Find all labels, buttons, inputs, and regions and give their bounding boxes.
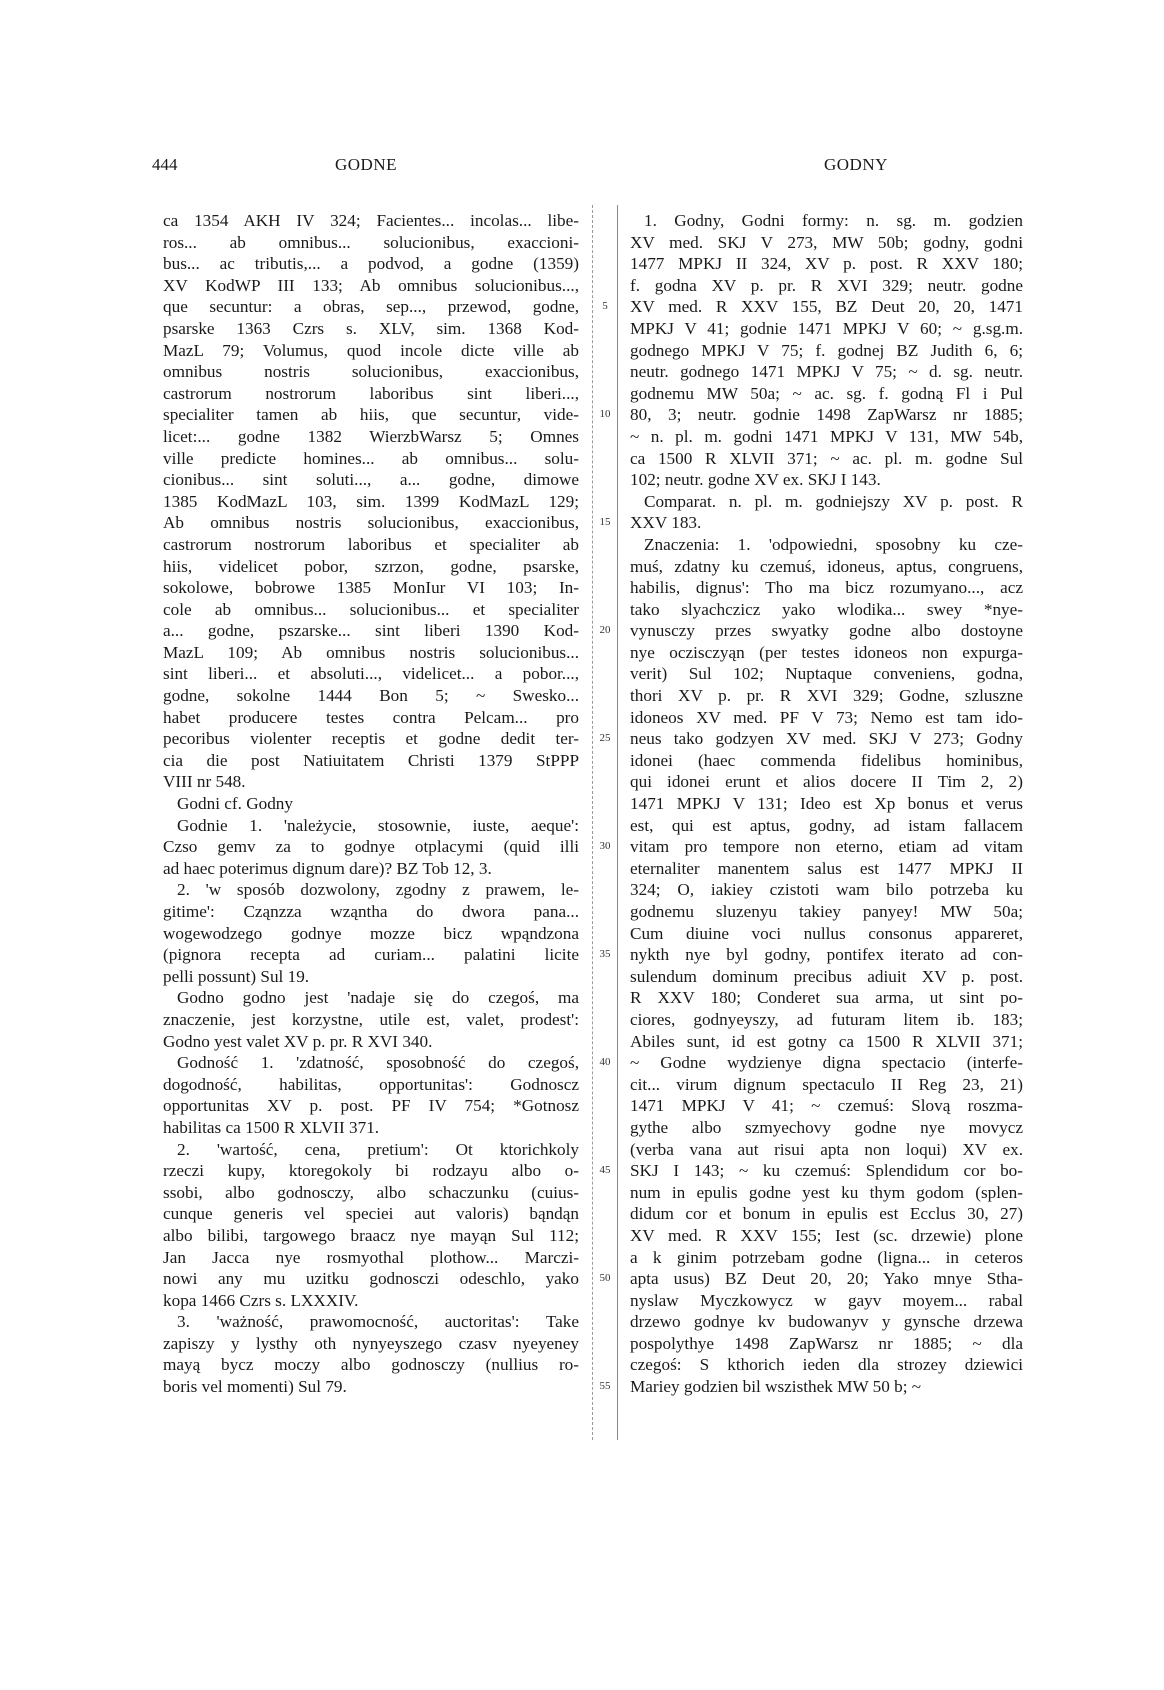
text-line: SKJ I 143; ~ ku czemuś: Splendidum cor b…: [630, 1160, 1023, 1182]
line-number: [596, 340, 614, 362]
text-line: Godność 1. 'zdatność, sposobność do czeg…: [163, 1052, 579, 1074]
text-line: godnemu sluzenyu takiey panyey! MW 50a;: [630, 901, 1023, 923]
line-number: [596, 1182, 614, 1204]
text-line: 324; O, iakiey czistoti wam bilo potrzeb…: [630, 879, 1023, 901]
line-number: [596, 275, 614, 297]
text-line: cionibus... sint soluti..., a... godne, …: [163, 469, 579, 491]
text-line: 1385 KodMazL 103, sim. 1399 KodMazL 129;: [163, 491, 579, 513]
text-line: ad haec poterimus dignum dare)? BZ Tob 1…: [163, 858, 579, 880]
text-line: Mariey godzien bil wszisthek MW 50 b; ~: [630, 1376, 1023, 1398]
text-line: tako slyachczicz yako wlodika... swey *n…: [630, 599, 1023, 621]
text-line: num in epulis godne yest ku thym godom (…: [630, 1182, 1023, 1204]
line-number: [596, 815, 614, 837]
text-line: ros... ab omnibus... solucionibus, exacc…: [163, 232, 579, 254]
line-number: [596, 1311, 614, 1333]
text-line: didum cor et bonum in epulis est Ecclus …: [630, 1203, 1023, 1225]
line-number: [596, 858, 614, 880]
text-line: ca 1500 R XLVII 371; ~ ac. pl. m. godne …: [630, 448, 1023, 470]
text-line: specialiter tamen ab hiis, que secuntur,…: [163, 404, 579, 426]
running-head-right: GODNY: [824, 155, 888, 175]
text-line: 1. Godny, Godni formy: n. sg. m. godzien: [630, 210, 1023, 232]
text-line: MPKJ V 41; godnie 1471 MPKJ V 60; ~ g.sg…: [630, 318, 1023, 340]
column-divider-left: [592, 205, 594, 1440]
text-line: ca 1354 AKH IV 324; Facientes... incolas…: [163, 210, 579, 232]
text-line: cole ab omnibus... solucionibus... et sp…: [163, 599, 579, 621]
line-number: [596, 1031, 614, 1053]
text-line: 102; neutr. godne XV ex. SKJ I 143.: [630, 469, 1023, 491]
text-line: Jan Jacca nye rosmyothal plothow... Marc…: [163, 1247, 579, 1269]
text-line: (pignora recepta ad curiam... palatini l…: [163, 944, 579, 966]
text-line: 2. 'wartość, cena, pretium': Ot ktorichk…: [163, 1139, 579, 1161]
text-line: pospolythye 1498 ZapWarsz nr 1885; ~ dla: [630, 1333, 1023, 1355]
text-line: habilis, dignus': Tho ma bicz rozumyano.…: [630, 577, 1023, 599]
line-number: [596, 923, 614, 945]
text-line: R XXV 180; Conderet sua arma, ut sint po…: [630, 987, 1023, 1009]
text-line: (verba vana aut risui apta non loqui) XV…: [630, 1139, 1023, 1161]
line-number: [596, 1333, 614, 1355]
text-line: apta usus) BZ Deut 20, 20; Yako mnye Sth…: [630, 1268, 1023, 1290]
line-number: [596, 577, 614, 599]
text-line: Ab omnibus nostris solucionibus, exaccio…: [163, 512, 579, 534]
text-line: 1471 MPKJ V 41; ~ czemuś: Slovą roszma-: [630, 1095, 1023, 1117]
text-line: hiis, videlicet pobor, szrzon, godne, ps…: [163, 556, 579, 578]
text-line: ciores, godnyeyszy, ad futuram litem ib.…: [630, 1009, 1023, 1031]
line-number: [596, 534, 614, 556]
line-number: [596, 556, 614, 578]
text-line: drzewo godnye kv budowanyv y gynsche drz…: [630, 1311, 1023, 1333]
line-number: [596, 1203, 614, 1225]
line-number: [596, 361, 614, 383]
text-line: albo bilibi, targowego braacz nye mayąn …: [163, 1225, 579, 1247]
text-line: rzeczi kupy, ktoregokoly bi rodzayu albo…: [163, 1160, 579, 1182]
line-number: 5: [596, 296, 614, 318]
text-line: idoneos XV med. PF V 73; Nemo est tam id…: [630, 707, 1023, 729]
line-number: [596, 1074, 614, 1096]
text-line: a k ginim potrzebam godne (ligna... in c…: [630, 1247, 1023, 1269]
text-line: a... godne, pszarske... sint liberi 1390…: [163, 620, 579, 642]
text-line: kopa 1466 Czrs s. LXXXIV.: [163, 1290, 579, 1312]
text-line: nyslaw Myczkowycz w gayv moyem... rabal: [630, 1290, 1023, 1312]
line-number: [596, 901, 614, 923]
text-line: Znaczenia: 1. 'odpowiedni, sposobny ku c…: [630, 534, 1023, 556]
line-number: [596, 318, 614, 340]
text-line: psarske 1363 Czrs s. XLV, sim. 1368 Kod-: [163, 318, 579, 340]
line-number: [596, 1354, 614, 1376]
line-number: [596, 750, 614, 772]
text-line: habet producere testes contra Pelcam... …: [163, 707, 579, 729]
text-line: muś, zdatny ku czemuś, idoneus, aptus, c…: [630, 556, 1023, 578]
line-number: [596, 491, 614, 513]
text-line: sokolowe, bobrowe 1385 MonIur VI 103; In…: [163, 577, 579, 599]
line-number: 35: [596, 944, 614, 966]
right-column-text: 1. Godny, Godni formy: n. sg. m. godzien…: [630, 210, 1023, 1398]
text-line: 1471 MPKJ V 131; Ideo est Xp bonus et ve…: [630, 793, 1023, 815]
text-line: que secuntur: a obras, sep..., przewod, …: [163, 296, 579, 318]
text-line: castrorum nostrorum laboribus sint liber…: [163, 383, 579, 405]
text-line: ville predicte homines... ab omnibus... …: [163, 448, 579, 470]
text-line: Godnie 1. 'należycie, stosownie, iuste, …: [163, 815, 579, 837]
line-number: [596, 663, 614, 685]
text-line: 3. 'ważność, prawomocność, auctoritas': …: [163, 1311, 579, 1333]
text-line: Godni cf. Godny: [163, 793, 579, 815]
column-divider-right: [617, 205, 619, 1440]
line-number: 15: [596, 512, 614, 534]
text-line: VIII nr 548.: [163, 771, 579, 793]
line-number: [596, 1009, 614, 1031]
text-line: nykth nye byl godny, pontifex iterato ad…: [630, 944, 1023, 966]
line-number: [596, 448, 614, 470]
text-line: qui idonei erunt et alios docere II Tim …: [630, 771, 1023, 793]
line-number: [596, 771, 614, 793]
line-number: [596, 987, 614, 1009]
text-line: cia die post Natiuitatem Christi 1379 St…: [163, 750, 579, 772]
text-line: ~ n. pl. m. godni 1471 MPKJ V 131, MW 54…: [630, 426, 1023, 448]
text-line: f. godna XV p. pr. R XVI 329; neutr. god…: [630, 275, 1023, 297]
text-line: XV KodWP III 133; Ab omnibus solucionibu…: [163, 275, 579, 297]
text-line: neus tako godzyen XV med. SKJ V 273; God…: [630, 728, 1023, 750]
line-number: 10: [596, 404, 614, 426]
text-line: wogewodzego godnye mozze bicz wpąndzona: [163, 923, 579, 945]
line-number: [596, 642, 614, 664]
text-line: dogodność, habilitas, opportunitas': God…: [163, 1074, 579, 1096]
line-number: [596, 1225, 614, 1247]
text-line: habilitas ca 1500 R XLVII 371.: [163, 1117, 579, 1139]
text-line: vitam pro tempore non eterno, etiam ad v…: [630, 836, 1023, 858]
line-number: 30: [596, 836, 614, 858]
text-line: godnego MPKJ V 75; f. godnej BZ Judith 6…: [630, 340, 1023, 362]
text-line: XV med. R XXV 155, BZ Deut 20, 20, 1471: [630, 296, 1023, 318]
line-number: 20: [596, 620, 614, 642]
text-line: nye oczisczyąn (per testes idoneos non e…: [630, 642, 1023, 664]
text-line: znaczenie, jest korzystne, utile est, va…: [163, 1009, 579, 1031]
line-number: 25: [596, 728, 614, 750]
text-line: bus... ac tributis,... a podvod, a godne…: [163, 253, 579, 275]
text-line: Cum diuine voci nullus consonus apparere…: [630, 923, 1023, 945]
line-number-gutter: 510152025303540455055: [596, 210, 614, 1398]
text-line: gythe albo szmyechovy godne nye movycz: [630, 1117, 1023, 1139]
text-line: pelli possunt) Sul 19.: [163, 966, 579, 988]
text-line: mayą bycz moczy albo godnosczy (nullius …: [163, 1354, 579, 1376]
line-number: [596, 1095, 614, 1117]
left-column-text: ca 1354 AKH IV 324; Facientes... incolas…: [163, 210, 579, 1398]
text-line: godne, sokolne 1444 Bon 5; ~ Swesko...: [163, 685, 579, 707]
text-line: 80, 3; neutr. godnie 1498 ZapWarsz nr 18…: [630, 404, 1023, 426]
text-line: Abiles sunt, id est gotny ca 1500 R XLVI…: [630, 1031, 1023, 1053]
line-number: [596, 1247, 614, 1269]
text-line: pecoribus violenter receptis et godne de…: [163, 728, 579, 750]
text-line: zapiszy y lysthy oth nynyeyszego czasv n…: [163, 1333, 579, 1355]
text-line: XV med. R XXV 155; Iest (sc. drzewie) pl…: [630, 1225, 1023, 1247]
text-line: sint liberi... et absoluti..., videlicet…: [163, 663, 579, 685]
text-line: cit... virum dignum spectaculo II Reg 23…: [630, 1074, 1023, 1096]
text-line: Godno godno jest 'nadaje się do czegoś, …: [163, 987, 579, 1009]
line-number: [596, 1139, 614, 1161]
text-line: castrorum nostrorum laboribus et special…: [163, 534, 579, 556]
text-line: boris vel momenti) Sul 79.: [163, 1376, 579, 1398]
text-line: MazL 79; Volumus, quod incole dicte vill…: [163, 340, 579, 362]
line-number: [596, 1290, 614, 1312]
running-head-left: GODNE: [335, 155, 397, 175]
line-number: [596, 793, 614, 815]
line-number: [596, 426, 614, 448]
text-line: czegoś: S kthorich ieden dla strozey dzi…: [630, 1354, 1023, 1376]
text-line: godnemu MW 50a; ~ ac. sg. f. godną Fl i …: [630, 383, 1023, 405]
text-line: 2. 'w sposób dozwolony, zgodny z prawem,…: [163, 879, 579, 901]
line-number: [596, 707, 614, 729]
text-line: Comparat. n. pl. m. godniejszy XV p. pos…: [630, 491, 1023, 513]
text-line: cunque generis vel speciei aut valoris) …: [163, 1203, 579, 1225]
text-line: nowi any mu uzitku godnosczi odeschlo, y…: [163, 1268, 579, 1290]
line-number: [596, 232, 614, 254]
line-number: 40: [596, 1052, 614, 1074]
line-number: 55: [596, 1376, 614, 1398]
line-number: [596, 253, 614, 275]
text-line: 1477 MPKJ II 324, XV p. post. R XXV 180;: [630, 253, 1023, 275]
text-line: Godno yest valet XV p. pr. R XVI 340.: [163, 1031, 579, 1053]
text-line: est, qui est aptus, godny, ad istam fall…: [630, 815, 1023, 837]
line-number: [596, 1117, 614, 1139]
text-line: licet:... godne 1382 WierzbWarsz 5; Omne…: [163, 426, 579, 448]
page-header: 444 GODNE GODNY: [152, 155, 1022, 179]
text-line: ~ Godne wydzienye digna spectacio (inter…: [630, 1052, 1023, 1074]
line-number: [596, 469, 614, 491]
text-line: verit) Sul 102; Nuptaque conveniens, god…: [630, 663, 1023, 685]
text-line: MazL 109; Ab omnibus nostris solucionibu…: [163, 642, 579, 664]
line-number: [596, 879, 614, 901]
line-number: [596, 685, 614, 707]
text-line: neutr. godnego 1471 MPKJ V 75; ~ d. sg. …: [630, 361, 1023, 383]
text-line: Czso gemv za to godnye otplacymi (quid i…: [163, 836, 579, 858]
page-number: 444: [152, 155, 178, 175]
line-number: 50: [596, 1268, 614, 1290]
text-line: idonei (haec commenda fidelibus hominibu…: [630, 750, 1023, 772]
text-line: eternaliter manentem salus est 1477 MPKJ…: [630, 858, 1023, 880]
text-line: opportunitas XV p. post. PF IV 754; *Got…: [163, 1095, 579, 1117]
text-line: omnibus nostris solucionibus, exaccionib…: [163, 361, 579, 383]
text-line: vynusczy przes swyatky godne albo dostoy…: [630, 620, 1023, 642]
text-line: gitime': Cząnzza wząntha do dwora pana..…: [163, 901, 579, 923]
text-line: sulendum dominum precibus adiuit XV p. p…: [630, 966, 1023, 988]
line-number: [596, 599, 614, 621]
line-number: [596, 210, 614, 232]
text-line: ssobi, albo godnosczy, albo schaczunku (…: [163, 1182, 579, 1204]
text-line: thori XV p. pr. R XVI 329; Godne, szlusz…: [630, 685, 1023, 707]
text-line: XV med. SKJ V 273, MW 50b; godny, godni: [630, 232, 1023, 254]
line-number: [596, 383, 614, 405]
line-number: 45: [596, 1160, 614, 1182]
line-number: [596, 966, 614, 988]
text-line: XXV 183.: [630, 512, 1023, 534]
